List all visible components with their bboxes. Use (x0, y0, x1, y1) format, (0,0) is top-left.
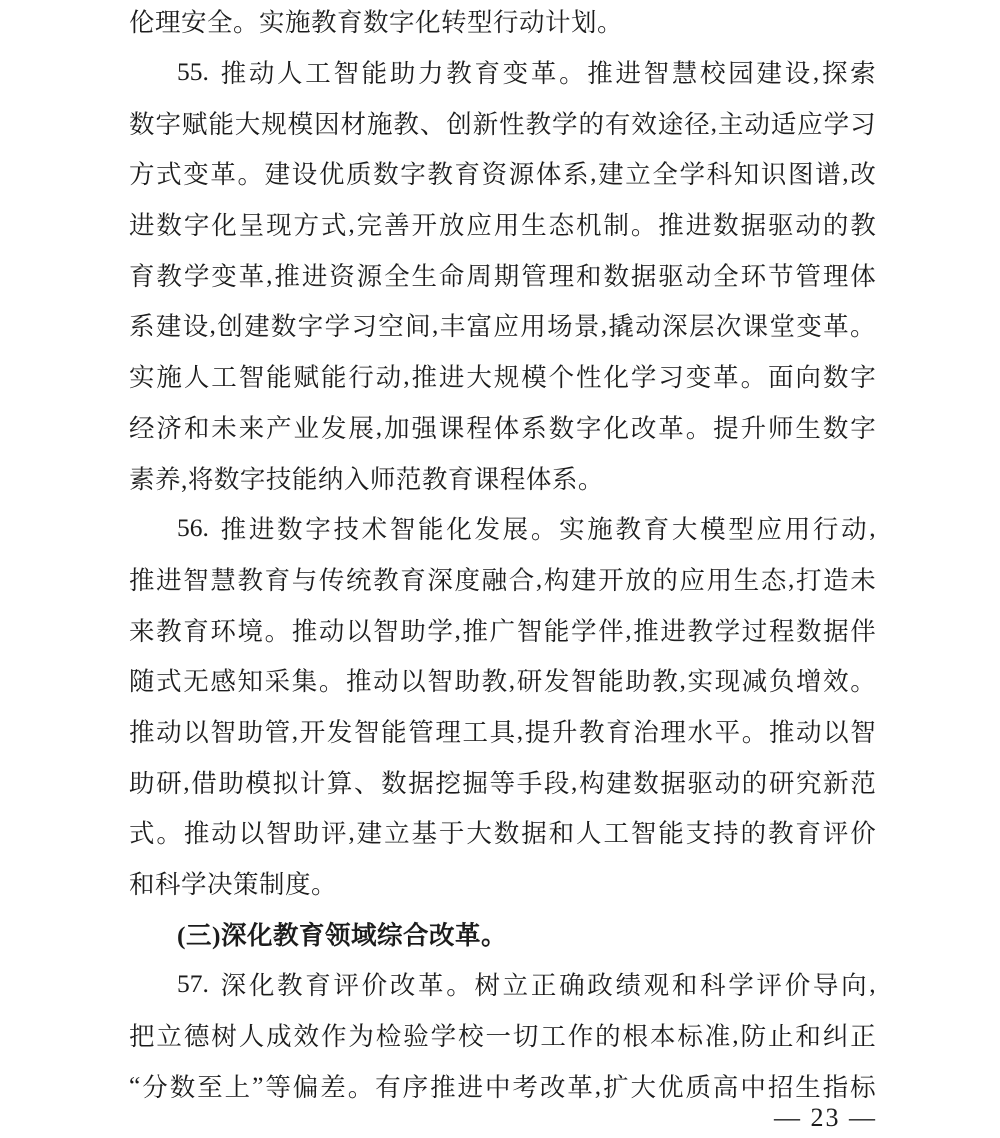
text-line: 把立德树人成效作为检验学校一切工作的根本标准,防止和纠正 (129, 1010, 876, 1061)
text-line: 伦理安全。实施教育数字化转型行动计划。 (129, 0, 876, 47)
text-line: 随式无感知采集。推动以智助教,研发智能助教,实现减负增效。 (129, 655, 876, 706)
text-line: 56. 推进数字技术智能化发展。实施教育大模型应用行动, (129, 503, 876, 554)
document-body: 伦理安全。实施教育数字化转型行动计划。55. 推动人工智能助力教育变革。推进智慧… (129, 0, 876, 1111)
text-line: 素养,将数字技能纳入师范教育课程体系。 (129, 452, 876, 503)
text-line: 式。推动以智助评,建立基于大数据和人工智能支持的教育评价 (129, 807, 876, 858)
text-line: 和科学决策制度。 (129, 858, 876, 909)
text-line: 推动以智助管,开发智能管理工具,提升教育治理水平。推动以智 (129, 706, 876, 757)
document-page: 伦理安全。实施教育数字化转型行动计划。55. 推动人工智能助力教育变革。推进智慧… (0, 0, 1000, 1138)
text-line: 方式变革。建设优质数字教育资源体系,建立全学科知识图谱,改 (129, 148, 876, 199)
text-line: 实施人工智能赋能行动,推进大规模个性化学习变革。面向数字 (129, 351, 876, 402)
text-line: 经济和未来产业发展,加强课程体系数字化改革。提升师生数字 (129, 402, 876, 453)
text-line: 助研,借助模拟计算、数据挖掘等手段,构建数据驱动的研究新范 (129, 756, 876, 807)
text-line: 55. 推动人工智能助力教育变革。推进智慧校园建设,探索 (129, 47, 876, 98)
text-line: 系建设,创建数字学习空间,丰富应用场景,撬动深层次课堂变革。 (129, 300, 876, 351)
text-line: 育教学变革,推进资源全生命周期管理和数据驱动全环节管理体 (129, 249, 876, 300)
text-line: 数字赋能大规模因材施教、创新性教学的有效途径,主动适应学习 (129, 97, 876, 148)
text-line: 57. 深化教育评价改革。树立正确政绩观和科学评价导向, (129, 959, 876, 1010)
text-line: 来教育环境。推动以智助学,推广智能学伴,推进教学过程数据伴 (129, 604, 876, 655)
text-line: “分数至上”等偏差。有序推进中考改革,扩大优质高中招生指标 (129, 1060, 876, 1111)
section-heading: (三)深化教育领域综合改革。 (129, 908, 876, 959)
text-line: 推进智慧教育与传统教育深度融合,构建开放的应用生态,打造未 (129, 554, 876, 605)
text-line: 进数字化呈现方式,完善开放应用生态机制。推进数据驱动的教 (129, 199, 876, 250)
page-number: — 23 — (774, 1100, 877, 1136)
